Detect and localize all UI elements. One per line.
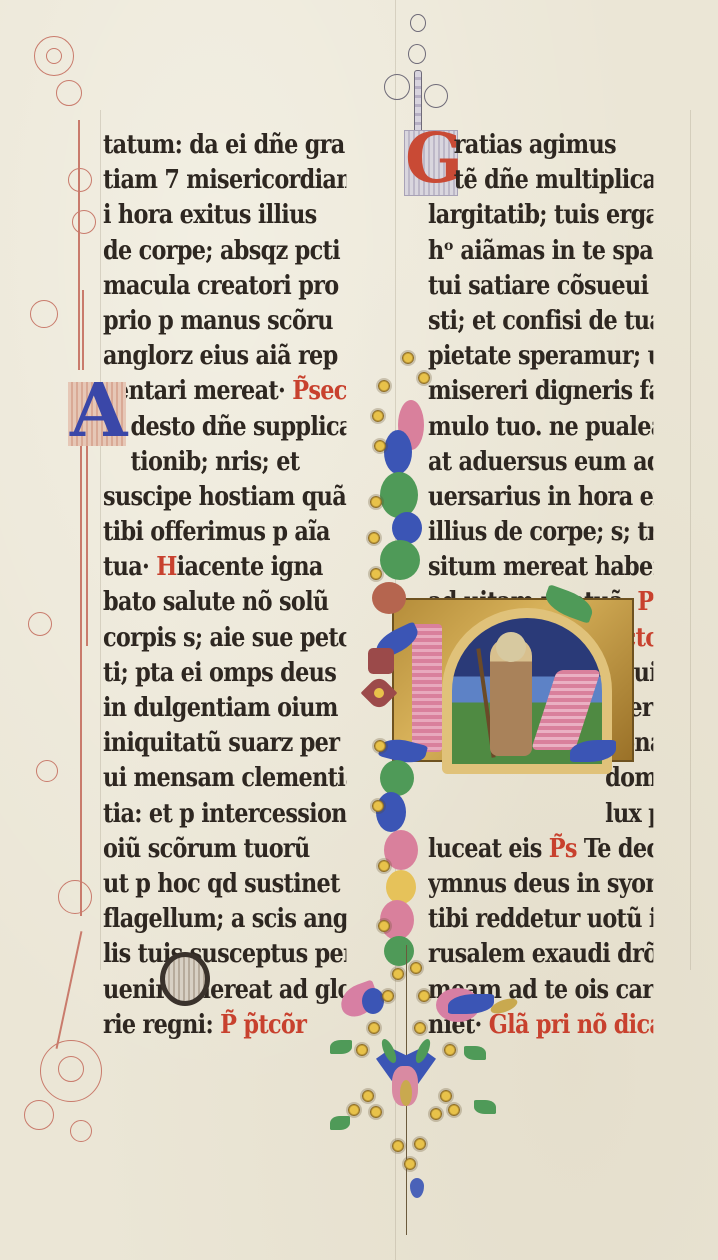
historiated-initial-R: [392, 598, 634, 762]
text-line: lis tuis susceptus per: [103, 937, 346, 972]
rubric-psalm: P̃s: [549, 834, 577, 864]
green-leaf-icon: [464, 1046, 486, 1060]
right-column: ratias agimus tẽ dñe multiplicabus largi…: [428, 128, 690, 1043]
text-line: ui mensam clementia: [103, 761, 346, 796]
skull-icon: [496, 632, 526, 662]
left-ruling: [100, 110, 101, 970]
text-line: ut p hoc qd sustinet: [103, 867, 346, 902]
text-line: ymnus deus in syon·et: [428, 867, 653, 902]
text-line: oiũ scõrum tuorũ: [103, 832, 346, 867]
rubric-gloria: Glã pri nõ dicat: [489, 1010, 654, 1040]
text-line: prio p manus scõru: [103, 304, 346, 339]
text-line: tiam 7 misericordiam ut: [103, 163, 346, 198]
text-line: corpis s; aie sue petc: [103, 621, 346, 656]
initial-D: [160, 952, 210, 1006]
initial-R-stem: [412, 624, 442, 752]
green-leaf-icon: [330, 1116, 350, 1130]
text-line: de corpe; absqz pcti: [103, 234, 346, 269]
text-line: flagellum; a scis ange: [103, 902, 346, 937]
text-line: situm mereat habere: [428, 550, 653, 585]
text-line: tionib; nris; et: [103, 445, 346, 480]
text-line: ti; pta ei omps deus: [103, 656, 346, 691]
blue-leaf-icon: [410, 1178, 424, 1198]
text-line: hᵒ aiãmas in te spa: [428, 234, 653, 269]
rubric-mark: H: [156, 552, 176, 582]
text-line: tẽ dñe multiplicabus: [428, 163, 653, 198]
text-line: tatum: da ei dñe gra: [103, 128, 346, 163]
text-line: rusalem exaudi drõ oraõez: [428, 937, 653, 972]
text-line: anglorz eius aiã rep: [103, 339, 346, 374]
rubric-mark: P: [637, 587, 653, 617]
text-line: tua· Hiacente igna: [103, 550, 346, 585]
right-ruling: [690, 110, 691, 970]
text-line: macula creatori pro: [103, 269, 346, 304]
text-line: uenire mereat ad glo: [103, 973, 346, 1008]
text-line: mulo tuo. ne pualeat: [428, 410, 653, 445]
text-line: sentari mereat· P̃sec: [103, 374, 346, 409]
text-line: pietate speramur; ut: [428, 339, 653, 374]
text-line: at aduersus eum ad: [428, 445, 653, 480]
text-line: bato salute nõ solũ: [103, 585, 346, 620]
rubric-postcommunion: P̃ p̃tcõr: [220, 1010, 306, 1040]
initial-A: A: [68, 382, 126, 446]
text-line: suscipe hostiam quã: [103, 480, 346, 515]
green-leaf-icon: [474, 1100, 496, 1114]
text-line: iniquitatũ suarz per: [103, 726, 346, 761]
text-line: i hora exitus illius: [103, 198, 346, 233]
text-line: in dulgentiam oium: [103, 691, 346, 726]
left-column: tatum: da ei dñe gra tiam 7 misericordia…: [103, 128, 386, 1043]
text-line: uersarius in hora exit: [428, 480, 653, 515]
text-line: lux ppetua: [428, 797, 653, 832]
text-line: largitatib; tuis erga: [428, 198, 653, 233]
text-line: tibi reddetur uotũ in ie: [428, 902, 653, 937]
text-line: illius de corpe; s; tra: [428, 515, 653, 550]
text-line: tia: et p intercessionem: [103, 797, 346, 832]
text-line: ratias agimus: [428, 128, 653, 163]
text-line: tibi offerimus p aĩa: [103, 515, 346, 550]
text-line: luceat eis P̃s Te decet: [428, 832, 653, 867]
text-line: misereri digneris fa: [428, 374, 653, 409]
text-line: desto dñe supplica: [103, 410, 346, 445]
text-line: sti; et confisi de tua: [428, 304, 653, 339]
manuscript-page: tatum: da ei dñe gra tiam 7 misericordia…: [0, 0, 718, 1260]
text-line: tui satiare cõsueui: [428, 269, 653, 304]
rubric-secret: P̃sec: [292, 376, 346, 406]
green-leaf-icon: [330, 1040, 352, 1054]
text-line: rie regni: P̃ p̃tcõr: [103, 1008, 346, 1043]
